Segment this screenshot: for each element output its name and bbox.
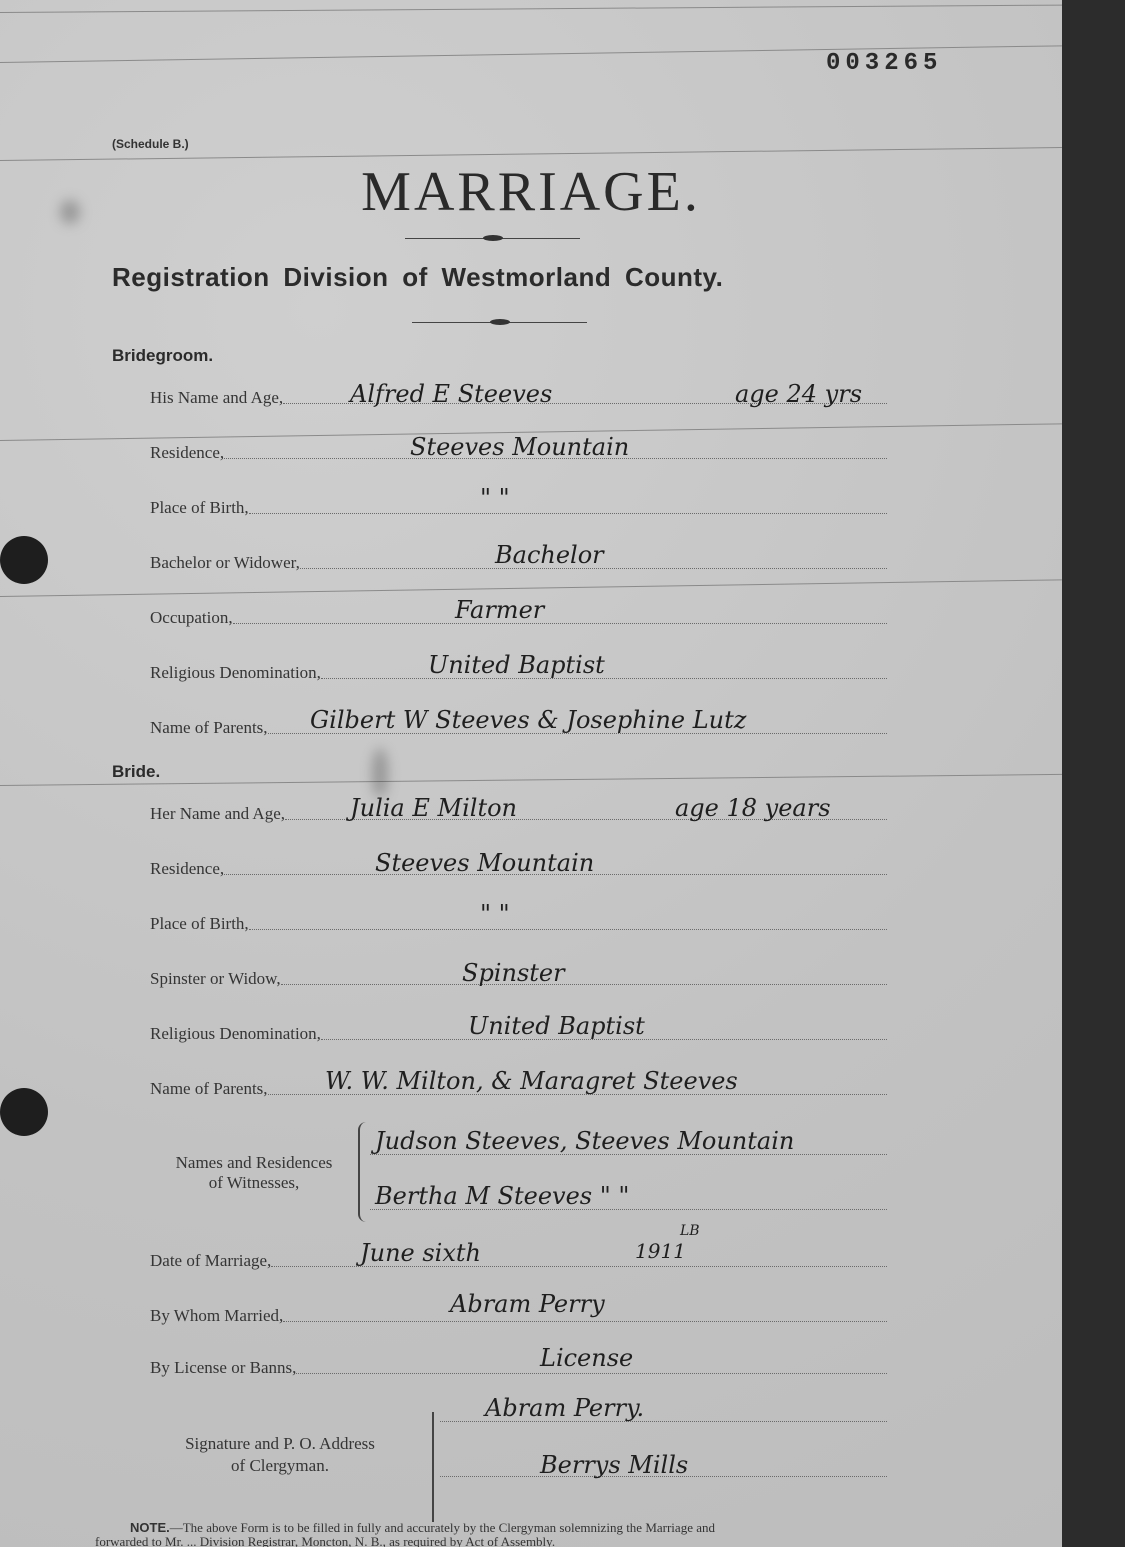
- serial-number: 003265: [826, 50, 942, 77]
- ornament-divider: [405, 238, 580, 239]
- field-label: Place of Birth,: [150, 914, 249, 938]
- field-label: By Whom Married,: [150, 1306, 283, 1330]
- field-label: Occupation,: [150, 608, 233, 632]
- officiant-value[interactable]: Abram Perry: [450, 1290, 605, 1318]
- marriage-year-value[interactable]: 1911: [635, 1239, 686, 1263]
- clergyman-signature-value[interactable]: Abram Perry.: [485, 1394, 644, 1422]
- groom-residence-value[interactable]: Steeves Mountain: [410, 433, 629, 461]
- groom-birthplace-row: Place of Birth, " ": [150, 492, 887, 522]
- bridegroom-heading: Bridegroom.: [112, 346, 213, 366]
- registrar-initials: LB: [680, 1223, 700, 1239]
- note-line2: forwarded to Mr. ... Division Registrar,…: [95, 1535, 995, 1547]
- clergyman-label-line2: of Clergyman.: [130, 1455, 430, 1477]
- groom-parents-value[interactable]: Gilbert W Steeves & Josephine Lutz: [310, 706, 746, 734]
- clergyman-signature-row: Abram Perry.: [440, 1400, 887, 1430]
- fold-line: [0, 5, 1062, 13]
- witnesses-label: Names and Residences of Witnesses,: [148, 1153, 360, 1193]
- field-label: Name of Parents,: [150, 1079, 268, 1103]
- punch-hole: [0, 536, 48, 584]
- bride-birthplace-row: Place of Birth, " ": [150, 908, 887, 938]
- groom-name-value[interactable]: Alfred E Steeves: [350, 380, 552, 408]
- groom-occupation-value[interactable]: Farmer: [455, 596, 544, 624]
- punch-hole: [0, 1088, 48, 1136]
- field-label: Her Name and Age,: [150, 804, 285, 828]
- field-label: His Name and Age,: [150, 388, 283, 412]
- groom-birthplace-value[interactable]: " ": [480, 484, 510, 512]
- field-label: Name of Parents,: [150, 718, 268, 742]
- page-title: MARRIAGE.: [0, 160, 1062, 224]
- bride-religion-value[interactable]: United Baptist: [468, 1012, 645, 1040]
- division-heading: Registration Division of Westmorland Cou…: [112, 262, 723, 293]
- bride-parents-row: Name of Parents, W. W. Milton, & Maragre…: [150, 1073, 887, 1103]
- groom-residence-row: Residence, Steeves Mountain: [150, 437, 887, 467]
- field-label: Date of Marriage,: [150, 1251, 271, 1275]
- witness-row-2: Bertha M Steeves " ": [370, 1188, 887, 1218]
- field-label: By License or Banns,: [150, 1358, 296, 1382]
- bride-age-value[interactable]: age 18 years: [675, 794, 831, 822]
- field-label: Residence,: [150, 443, 224, 467]
- smudge: [372, 748, 388, 798]
- field-label: Religious Denomination,: [150, 1024, 321, 1048]
- bride-status-row: Spinster or Widow, Spinster: [150, 963, 887, 993]
- groom-age-value[interactable]: age 24 yrs: [735, 380, 862, 408]
- groom-religion-value[interactable]: United Baptist: [428, 651, 605, 679]
- groom-name-age-row: His Name and Age, Alfred E Steeves age 2…: [150, 382, 887, 412]
- groom-parents-row: Name of Parents, Gilbert W Steeves & Jos…: [150, 712, 887, 742]
- bride-name-value[interactable]: Julia E Milton: [350, 794, 517, 822]
- field-label: Bachelor or Widower,: [150, 553, 300, 577]
- clergyman-label-line1: Signature and P. O. Address: [130, 1433, 430, 1455]
- groom-status-row: Bachelor or Widower, Bachelor: [150, 547, 887, 577]
- bride-residence-value[interactable]: Steeves Mountain: [375, 849, 594, 877]
- witnesses-brace: [358, 1122, 370, 1222]
- bride-residence-row: Residence, Steeves Mountain: [150, 853, 887, 883]
- clergyman-label: Signature and P. O. Address of Clergyman…: [130, 1433, 430, 1477]
- bride-status-value[interactable]: Spinster: [462, 959, 565, 987]
- document-page: 003265 (Schedule B.) MARRIAGE. Registrat…: [0, 0, 1062, 1547]
- bride-name-age-row: Her Name and Age, Julia E Milton age 18 …: [150, 798, 887, 828]
- note-line1: —The above Form is to be filled in fully…: [170, 1520, 715, 1535]
- field-label: Place of Birth,: [150, 498, 249, 522]
- schedule-label: (Schedule B.): [112, 137, 189, 151]
- fold-line: [0, 579, 1062, 597]
- witnesses-label-line2: of Witnesses,: [148, 1173, 360, 1193]
- license-row: By License or Banns, License: [150, 1352, 887, 1382]
- form-note: NOTE.—The above Form is to be filled in …: [95, 1521, 995, 1547]
- witness-1-value[interactable]: Judson Steeves, Steeves Mountain: [375, 1127, 794, 1155]
- marriage-date-value[interactable]: June sixth: [360, 1239, 481, 1267]
- bride-religion-row: Religious Denomination, United Baptist: [150, 1018, 887, 1048]
- groom-religion-row: Religious Denomination, United Baptist: [150, 657, 887, 687]
- bride-heading: Bride.: [112, 762, 160, 782]
- field-label: Religious Denomination,: [150, 663, 321, 687]
- groom-status-value[interactable]: Bachelor: [495, 541, 604, 569]
- bride-birthplace-value[interactable]: " ": [480, 900, 510, 928]
- marriage-date-row: Date of Marriage, June sixth 1911 LB: [150, 1245, 887, 1275]
- witness-row-1: Judson Steeves, Steeves Mountain: [370, 1133, 887, 1163]
- groom-occupation-row: Occupation, Farmer: [150, 602, 887, 632]
- witness-2-value[interactable]: Bertha M Steeves " ": [375, 1182, 629, 1210]
- license-value[interactable]: License: [540, 1344, 633, 1372]
- note-prefix: NOTE.: [130, 1520, 170, 1535]
- bride-parents-value[interactable]: W. W. Milton, & Maragret Steeves: [325, 1067, 738, 1095]
- clergyman-address-value[interactable]: Berrys Mills: [540, 1451, 688, 1479]
- ornament-divider: [412, 322, 587, 323]
- witnesses-label-line1: Names and Residences: [148, 1153, 360, 1173]
- officiant-row: By Whom Married, Abram Perry: [150, 1300, 887, 1330]
- field-label: Spinster or Widow,: [150, 969, 281, 993]
- smudge: [60, 200, 80, 224]
- clergyman-address-row: Berrys Mills: [440, 1455, 887, 1485]
- scanner-edge: [1062, 0, 1125, 1547]
- field-label: Residence,: [150, 859, 224, 883]
